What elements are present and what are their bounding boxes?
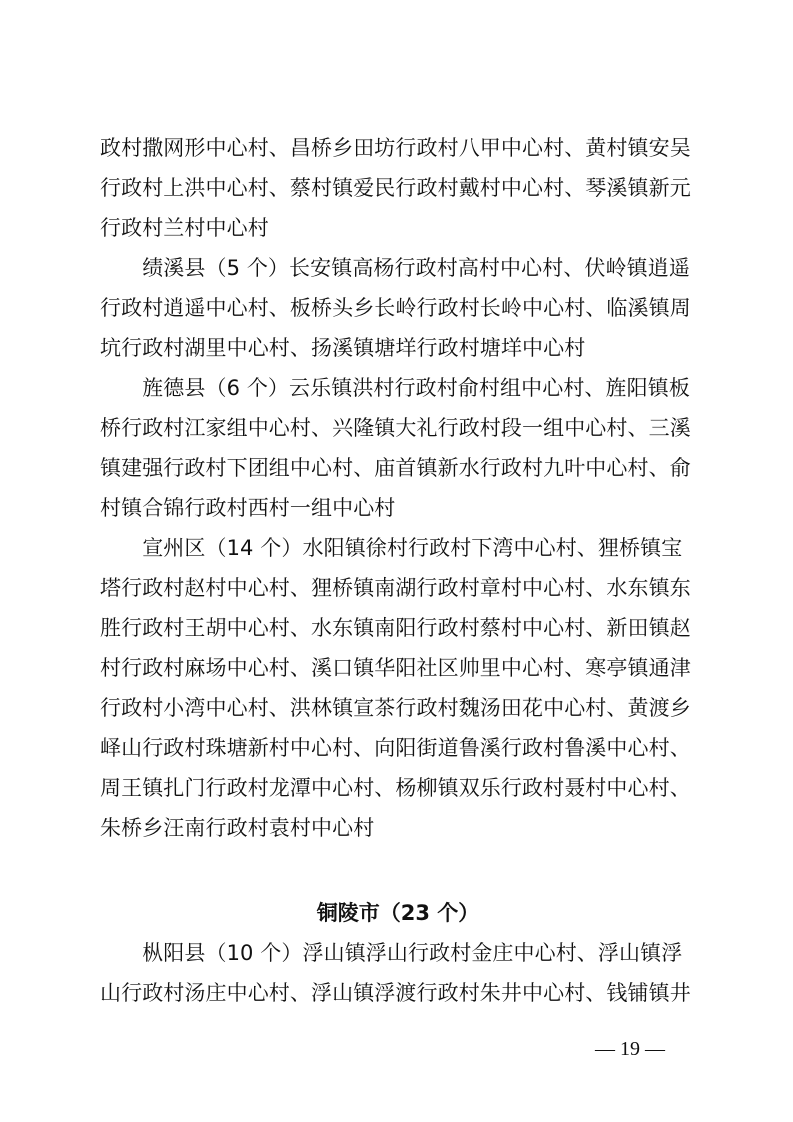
- text-line: 行政村上洪中心村、蔡村镇爱民行政村戴村中心村、琴溪镇新元: [100, 168, 696, 208]
- text-line: 镇建强行政村下团组中心村、庙首镇新水行政村九叶中心村、俞: [100, 448, 696, 488]
- text-line: 村镇合锦行政村西村一组中心村: [100, 488, 696, 528]
- page-number: — 19 —: [595, 1038, 665, 1060]
- document-page: 政村撒网形中心村、昌桥乡田坊行政村八甲中心村、黄村镇安吴 行政村上洪中心村、蔡村…: [0, 0, 793, 1122]
- text-line: 胜行政村王胡中心村、水东镇南阳行政村蔡村中心村、新田镇赵: [100, 608, 696, 648]
- text-line: 枞阳县（10 个）浮山镇浮山行政村金庄中心村、浮山镇浮: [100, 933, 696, 973]
- page-footer: — 19 —: [575, 1016, 665, 1082]
- text-line: 政村撒网形中心村、昌桥乡田坊行政村八甲中心村、黄村镇安吴: [100, 128, 696, 168]
- text-line: 塔行政村赵村中心村、狸桥镇南湖行政村章村中心村、水东镇东: [100, 568, 696, 608]
- text-line: 行政村兰村中心村: [100, 208, 696, 248]
- text-line: 峄山行政村珠塘新村中心村、向阳街道鲁溪行政村鲁溪中心村、: [100, 728, 696, 768]
- paragraph-continuation: 政村撒网形中心村、昌桥乡田坊行政村八甲中心村、黄村镇安吴 行政村上洪中心村、蔡村…: [100, 128, 696, 248]
- paragraph-jingde-county: 旌德县（6 个）云乐镇洪村行政村俞村组中心村、旌阳镇板 桥行政村江家组中心村、兴…: [100, 368, 696, 528]
- text-line: 山行政村汤庄中心村、浮山镇浮渡行政村朱井中心村、钱铺镇井: [100, 973, 696, 1013]
- text-line: 村行政村麻场中心村、溪口镇华阳社区帅里中心村、寒亭镇通津: [100, 648, 696, 688]
- city-section-heading: 铜陵市（23 个）: [100, 893, 696, 933]
- paragraph-jixi-county: 绩溪县（5 个）长安镇高杨行政村高村中心村、伏岭镇逍遥 行政村逍遥中心村、板桥头…: [100, 248, 696, 368]
- text-line: 朱桥乡汪南行政村袁村中心村: [100, 808, 696, 848]
- text-line: 宣州区（14 个）水阳镇徐村行政村下湾中心村、狸桥镇宝: [100, 528, 696, 568]
- paragraph-xuanzhou-district: 宣州区（14 个）水阳镇徐村行政村下湾中心村、狸桥镇宝 塔行政村赵村中心村、狸桥…: [100, 528, 696, 848]
- paragraph-zongyang-county: 枞阳县（10 个）浮山镇浮山行政村金庄中心村、浮山镇浮 山行政村汤庄中心村、浮山…: [100, 933, 696, 1013]
- text-line: 行政村逍遥中心村、板桥头乡长岭行政村长岭中心村、临溪镇周: [100, 288, 696, 328]
- text-line: 桥行政村江家组中心村、兴隆镇大礼行政村段一组中心村、三溪: [100, 408, 696, 448]
- text-line: 行政村小湾中心村、洪林镇宣茶行政村魏汤田花中心村、黄渡乡: [100, 688, 696, 728]
- document-body: 政村撒网形中心村、昌桥乡田坊行政村八甲中心村、黄村镇安吴 行政村上洪中心村、蔡村…: [100, 128, 696, 1013]
- text-line: 周王镇扎门行政村龙潭中心村、杨柳镇双乐行政村聂村中心村、: [100, 768, 696, 808]
- text-line: 旌德县（6 个）云乐镇洪村行政村俞村组中心村、旌阳镇板: [100, 368, 696, 408]
- text-line: 坑行政村湖里中心村、扬溪镇塘垟行政村塘垟中心村: [100, 328, 696, 368]
- text-line: 绩溪县（5 个）长安镇高杨行政村高村中心村、伏岭镇逍遥: [100, 248, 696, 288]
